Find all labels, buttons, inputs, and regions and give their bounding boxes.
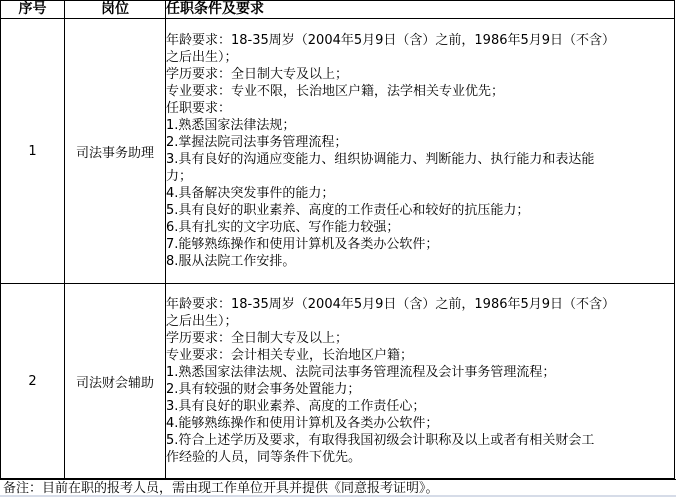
position-cell[interactable]: 司法财会辅助 [65, 284, 166, 479]
table-row: 1 司法事务助理 年龄要求：18-35周岁（2004年5月9日（含）之前，198… [1, 19, 675, 284]
requirement-line: 年龄要求：18-35周岁（2004年5月9日（含）之前，1986年5月9日（不含… [166, 296, 674, 313]
requirement-line: 5.具有良好的职业素养、高度的工作责任心和较好的抗压能力； [166, 202, 674, 219]
table-row: 2 司法财会辅助 年龄要求：18-35周岁（2004年5月9日（含）之前，198… [1, 284, 675, 479]
row-number-cell[interactable]: 1 [1, 19, 65, 284]
requirement-line: 2.具有较强的财会事务处置能力； [166, 381, 674, 398]
requirement-line: 专业要求：专业不限，长治地区户籍，法学相关专业优先； [166, 83, 674, 100]
requirement-line: 5.符合上述学历及要求，有取得我国初级会计职称及以上或者有相关财会工 [166, 432, 674, 449]
requirement-line: 3.具有良好的职业素养、高度的工作责任心； [166, 398, 674, 415]
requirement-line: 6.具有扎实的文字功底、写作能力较强； [166, 219, 674, 236]
requirement-line: 年龄要求：18-35周岁（2004年5月9日（含）之前，1986年5月9日（不含… [166, 32, 674, 49]
requirement-line: 4.具备解决突发事件的能力； [166, 185, 674, 202]
spreadsheet-sheet: 序号 岗位 任职条件及要求 1 司法事务助理 年龄要求：18-35周岁（2004… [0, 0, 676, 497]
requirement-line: 学历要求：全日制大专及以上； [166, 330, 674, 347]
requirement-line: 8.服从法院工作安排。 [166, 253, 674, 270]
requirement-line: 任职要求： [166, 100, 674, 117]
requirement-line: 7.能够熟练操作和使用计算机及各类办公软件； [166, 236, 674, 253]
requirements-cell[interactable]: 年龄要求：18-35周岁（2004年5月9日（含）之前，1986年5月9日（不含… [166, 19, 675, 284]
row-number-cell[interactable]: 2 [1, 284, 65, 479]
header-requirements: 任职条件及要求 [166, 1, 675, 19]
requirement-line: 作经验的人员，同等条件下优先。 [166, 449, 674, 466]
requirement-line: 3.具有良好的沟通应变能力、组织协调能力、判断能力、执行能力和表达能 [166, 151, 674, 168]
requirement-line: 专业要求：会计相关专业，长治地区户籍； [166, 347, 674, 364]
requirement-line: 学历要求：全日制大专及以上； [166, 66, 674, 83]
header-row: 序号 岗位 任职条件及要求 [1, 1, 675, 19]
requirement-line: 1.熟悉国家法律法规、法院司法事务管理流程及会计事务管理流程； [166, 364, 674, 381]
requirements-cell[interactable]: 年龄要求：18-35周岁（2004年5月9日（含）之前，1986年5月9日（不含… [166, 284, 675, 479]
header-number: 序号 [1, 1, 65, 19]
requirement-line: 之后出生）； [166, 313, 674, 330]
requirement-line: 1.熟悉国家法律法规； [166, 117, 674, 134]
job-requirements-table: 序号 岗位 任职条件及要求 1 司法事务助理 年龄要求：18-35周岁（2004… [0, 0, 675, 479]
position-cell[interactable]: 司法事务助理 [65, 19, 166, 284]
requirement-line: 之后出生）； [166, 49, 674, 66]
header-position: 岗位 [65, 1, 166, 19]
requirement-line: 2.掌握法院司法事务管理流程； [166, 134, 674, 151]
requirement-line: 力； [166, 168, 674, 185]
requirement-line: 4.能够熟练操作和使用计算机及各类办公软件； [166, 415, 674, 432]
